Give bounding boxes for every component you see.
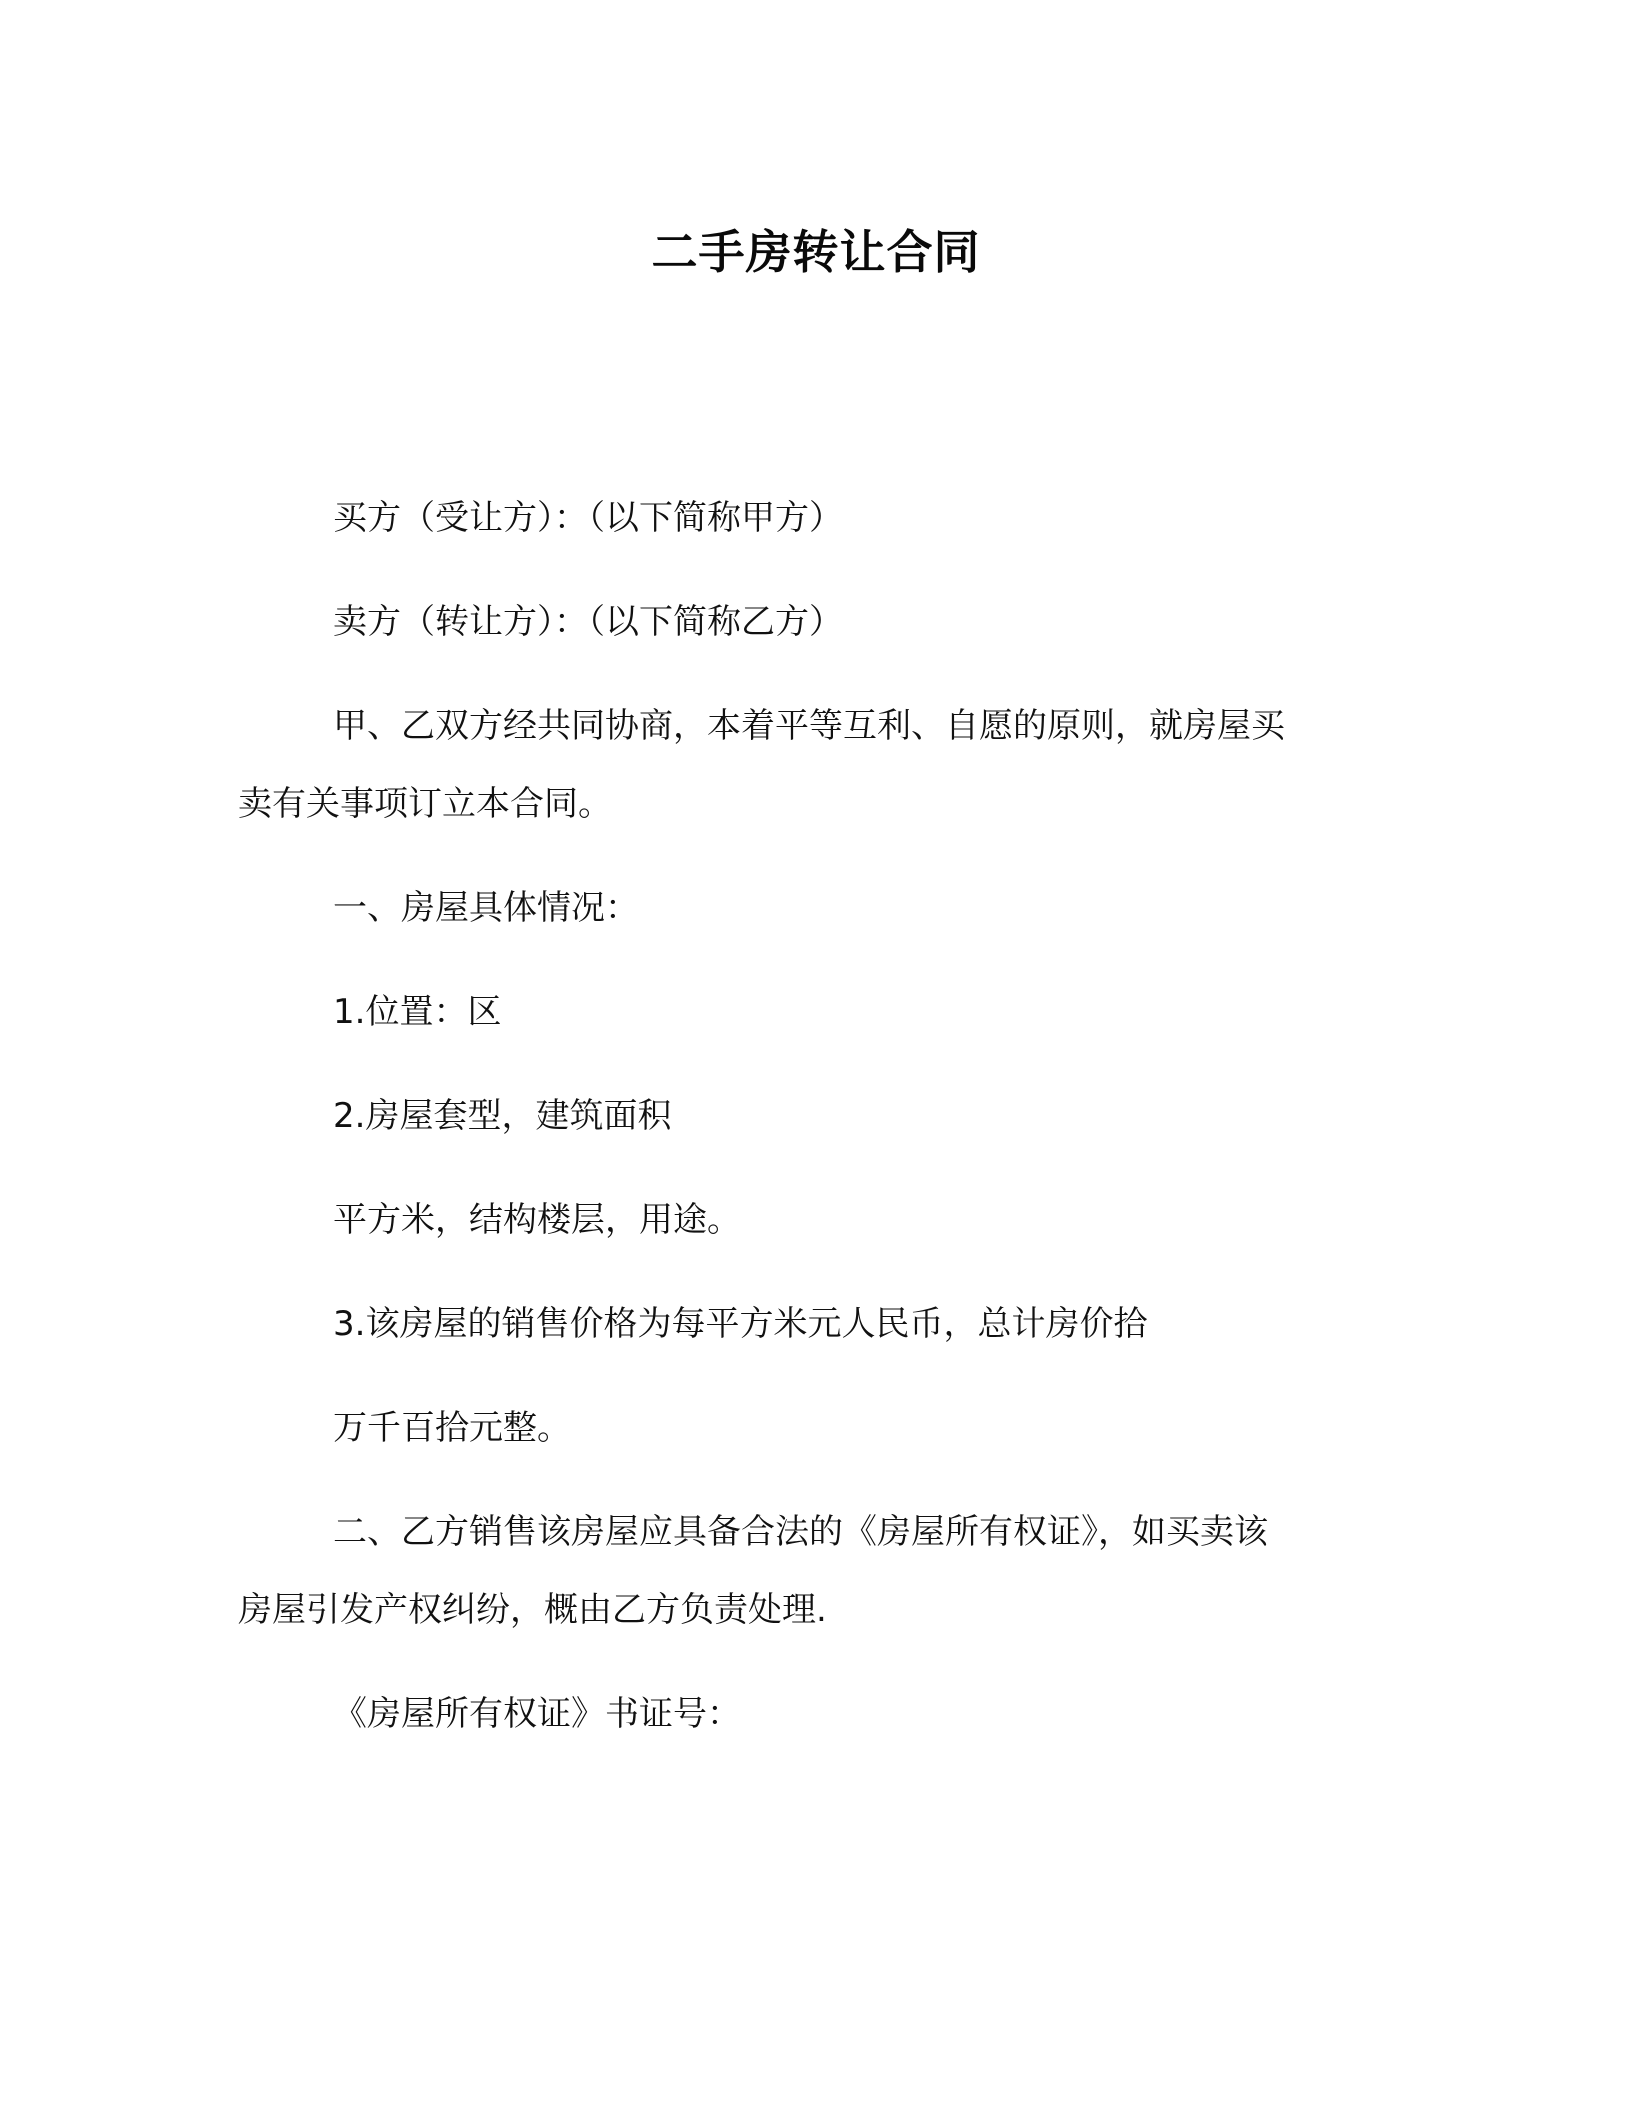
document-page: 二手房转让合同 买方（受让方）：（以下简称甲方） 卖方（转让方）：（以下简称乙方… (0, 0, 1632, 2112)
item-1-location: 1.位置：区 (333, 990, 501, 1034)
section-1-heading: 一、房屋具体情况： (333, 886, 639, 930)
item-2-house-type: 2.房屋套型，建筑面积 (333, 1094, 671, 1138)
certificate-number-line: 《房屋所有权证》书证号： (333, 1692, 741, 1736)
section-2-line-2: 房屋引发产权纠纷，概由乙方负责处理. (238, 1588, 827, 1632)
item-2-continued: 平方米，结构楼层，用途。 (333, 1198, 741, 1242)
document-title: 二手房转让合同 (0, 222, 1632, 282)
section-2-line-1: 二、乙方销售该房屋应具备合法的《房屋所有权证》，如买卖该 (333, 1510, 1268, 1554)
preamble-line-2: 卖有关事项订立本合同。 (238, 782, 612, 826)
preamble-line-1: 甲、乙双方经共同协商，本着平等互利、自愿的原则，就房屋买 (333, 704, 1285, 748)
item-3-price: 3.该房屋的销售价格为每平方米元人民币，总计房价拾 (333, 1302, 1147, 1346)
seller-line: 卖方（转让方）：（以下简称乙方） (333, 600, 843, 644)
buyer-line: 买方（受让方）：（以下简称甲方） (333, 496, 843, 540)
item-3-continued: 万千百拾元整。 (333, 1406, 571, 1450)
